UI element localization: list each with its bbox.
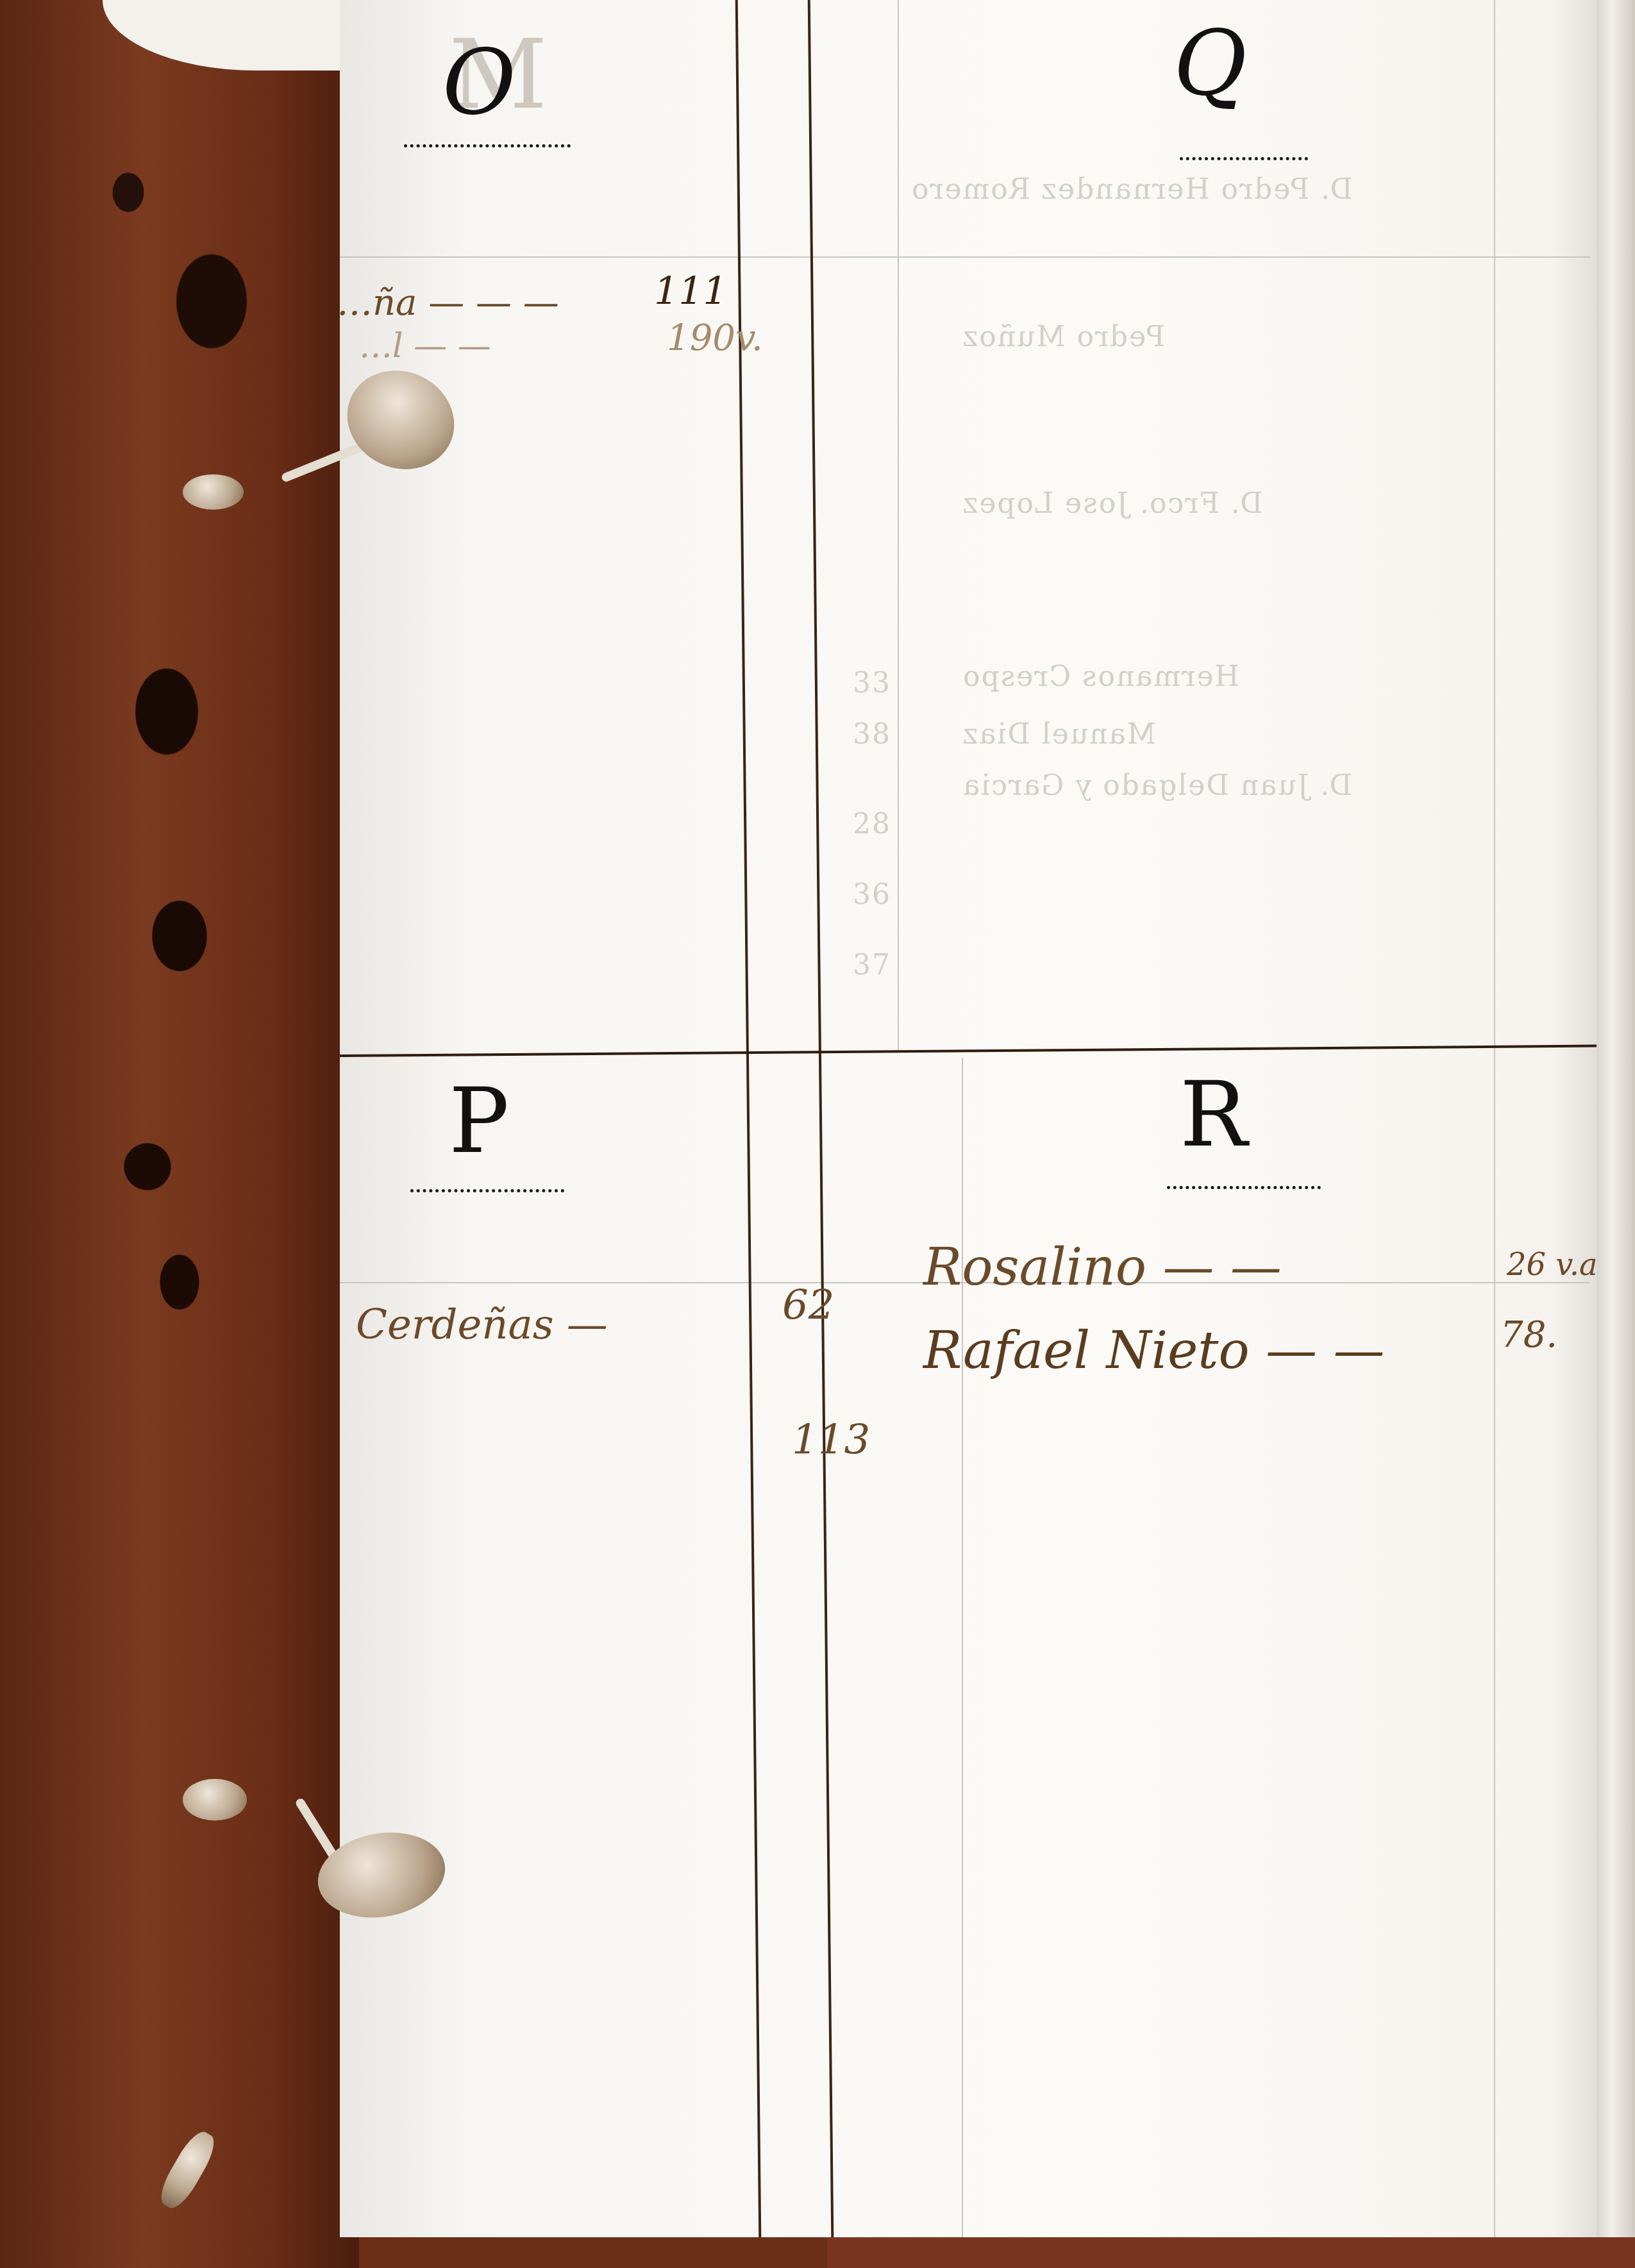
binding-knot-bottom <box>183 1779 247 1821</box>
entry-ref: 26 v.a <box>1507 1247 1598 1283</box>
leather-binding <box>0 0 359 2268</box>
bleed-through-number: 38 <box>853 718 891 751</box>
binding-knot-top <box>183 474 244 510</box>
entry-ref: 62 <box>782 1282 834 1330</box>
letter-underline <box>1180 151 1308 160</box>
entry-name: Rosalino — — <box>923 1237 1282 1297</box>
cover-bottom-edge <box>827 2237 1635 2268</box>
letter-underline <box>1167 1180 1321 1189</box>
section-letter: R <box>1180 1071 1247 1160</box>
entry-name: Cerdeñas — <box>356 1301 608 1349</box>
bleed-through-line: D. Frco. Jose Lopez <box>962 487 1262 520</box>
faint-rule <box>340 256 1590 258</box>
entry-ref: 111 <box>654 269 728 314</box>
faint-rule <box>962 1058 963 2237</box>
entry-ref: 113 <box>792 1417 870 1464</box>
entry-name: Rafael Nieto — — <box>923 1321 1385 1380</box>
entry-ref: 78. <box>1500 1314 1557 1356</box>
entry-name: …ña — — — <box>337 282 559 324</box>
bleed-through-line: Pedro Muñoz <box>962 321 1165 353</box>
section-letter: O <box>442 38 516 128</box>
entry-ref: 190v. <box>667 317 763 359</box>
section-letter: Q <box>1173 19 1247 109</box>
bleed-through-line: Manuel Diaz <box>962 718 1156 751</box>
letter-underline <box>404 138 571 147</box>
faint-rule <box>898 0 899 1051</box>
bleed-through-line: Hermanos Crespo <box>962 660 1239 693</box>
bleed-through-number: 28 <box>853 808 891 840</box>
bleed-through-line: D. Pedro Hernandez Romero <box>910 173 1353 206</box>
bleed-through-number: 37 <box>853 949 891 981</box>
entry-name: …l — — <box>359 327 491 365</box>
bleed-through-number: 33 <box>853 667 891 699</box>
page-stack-edge <box>1597 0 1635 2268</box>
bleed-through-number: 36 <box>853 878 891 911</box>
bleed-through-line: D. Juan Delgado y Garcia <box>962 769 1352 802</box>
faint-rule <box>1494 0 1495 2237</box>
section-letter: P <box>449 1077 509 1167</box>
letter-underline <box>410 1183 564 1192</box>
